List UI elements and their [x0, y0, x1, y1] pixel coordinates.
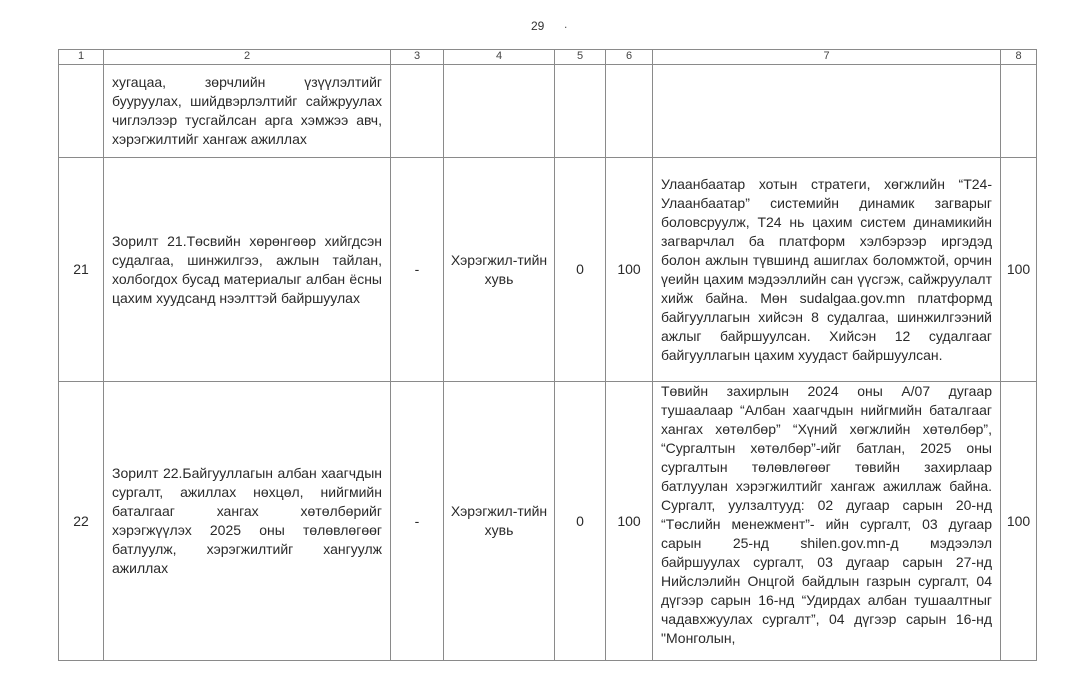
- target-value: [606, 65, 653, 158]
- page-mark: .: [564, 17, 567, 31]
- column-header: 8: [1001, 50, 1037, 65]
- column-header: 7: [653, 50, 1001, 65]
- indicator: [444, 65, 555, 158]
- column-header: 2: [104, 50, 391, 65]
- progress-text: Төвийн захирлын 2024 оны А/07 дугаар туш…: [653, 382, 1001, 661]
- column-header: 3: [391, 50, 444, 65]
- col3-value: [391, 65, 444, 158]
- row-number: 22: [59, 382, 104, 661]
- score-value: 100: [1001, 382, 1037, 661]
- column-header: 4: [444, 50, 555, 65]
- baseline-value: 0: [555, 158, 606, 382]
- baseline-value: [555, 65, 606, 158]
- table-row: хугацаа, зөрчлийн үзүүлэлтийг бууруулах,…: [59, 65, 1037, 158]
- column-header: 6: [606, 50, 653, 65]
- progress-text: Улаанбаатар хотын стратеги, хөгжлийн “Т2…: [653, 158, 1001, 382]
- column-number-header-row: 1 2 3 4 5 6 7 8: [59, 50, 1037, 65]
- col3-value: -: [391, 382, 444, 661]
- row-number: [59, 65, 104, 158]
- baseline-value: 0: [555, 382, 606, 661]
- score-value: 100: [1001, 158, 1037, 382]
- column-header: 5: [555, 50, 606, 65]
- table-row: 22 Зорилт 22.Байгууллагын албан хаагчдын…: [59, 382, 1037, 661]
- table-row: 21 Зорилт 21.Төсвийн хөрөнгөөр хийгдсэн …: [59, 158, 1037, 382]
- col3-value: -: [391, 158, 444, 382]
- report-table: 1 2 3 4 5 6 7 8 хугацаа, зөрчлийн үзүүлэ…: [58, 49, 1037, 661]
- objective-text: Зорилт 22.Байгууллагын албан хаагчдын су…: [104, 382, 391, 661]
- indicator: Хэрэгжил-тийн хувь: [444, 158, 555, 382]
- target-value: 100: [606, 158, 653, 382]
- objective-text: Зорилт 21.Төсвийн хөрөнгөөр хийгдсэн суд…: [104, 158, 391, 382]
- progress-text: [653, 65, 1001, 158]
- page-number: 29: [531, 19, 544, 33]
- score-value: [1001, 65, 1037, 158]
- target-value: 100: [606, 382, 653, 661]
- objective-text: хугацаа, зөрчлийн үзүүлэлтийг бууруулах,…: [104, 65, 391, 158]
- column-header: 1: [59, 50, 104, 65]
- indicator: Хэрэгжил-тийн хувь: [444, 382, 555, 661]
- row-number: 21: [59, 158, 104, 382]
